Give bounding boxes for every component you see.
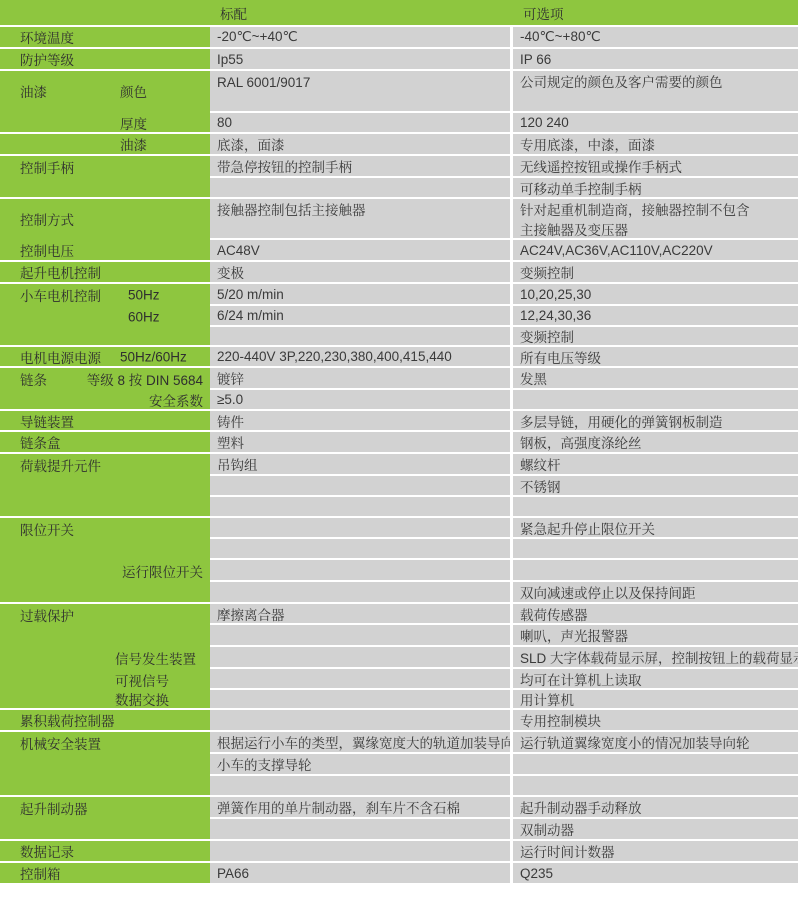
- spec-block: 累积载荷控制器专用控制模块: [0, 710, 800, 730]
- table-row: [210, 497, 800, 516]
- cell-optional: 120 240: [513, 113, 798, 132]
- row-label-line: 厚度: [0, 113, 210, 132]
- cell-optional: 用计算机: [513, 690, 798, 708]
- cell-optional: 多层导链，用硬化的弹簧钢板制造: [513, 411, 798, 430]
- table-row: 根据运行小车的类型，翼缘宽度大的轨道加装导向轮运行轨道翼缘宽度小的情况加装导向轮: [210, 732, 800, 752]
- cell-optional: 专用控制模块: [513, 710, 798, 730]
- row-label-main: 机械安全装置: [20, 733, 101, 753]
- row-label-cell: 链条等级 8 按 DIN 5684安全系数: [0, 368, 210, 409]
- row-label-line: 电机电源电源50Hz/60Hz: [0, 347, 210, 366]
- cell-standard: RAL 6001/9017: [210, 71, 510, 111]
- table-row: [210, 776, 800, 795]
- table-row: 紧急起升停止限位开关: [210, 518, 800, 537]
- data-rows: 专用控制模块: [210, 710, 800, 730]
- row-label-sub: 信号发生装置: [115, 648, 196, 668]
- cell-standard: [210, 710, 510, 730]
- spec-block: 防护等级Ip55IP 66: [0, 49, 800, 69]
- cell-standard: [210, 625, 510, 645]
- cell-optional: 针对起重机制造商，接触器控制不包含主接触器及变压器: [513, 199, 798, 238]
- row-label-sub: 可视信号: [115, 670, 169, 690]
- cell-optional: [513, 776, 798, 795]
- cell-standard: 80: [210, 113, 510, 132]
- cell-optional: 紧急起升停止限位开关: [513, 518, 798, 537]
- cell-optional: 12,24,30,36: [513, 306, 798, 325]
- row-label-line: 数据交换: [0, 690, 210, 708]
- table-row: 摩擦离合器载荷传感器: [210, 604, 800, 623]
- row-label-main: 环境温度: [20, 27, 74, 47]
- table-row: 变频控制: [210, 327, 800, 345]
- row-label-line: 过载保护: [0, 604, 210, 625]
- cell-optional: -40℃~+80℃: [513, 27, 798, 47]
- cell-optional: 起升制动器手动释放: [513, 797, 798, 817]
- spec-block: 过载保护信号发生装置可视信号数据交换摩擦离合器载荷传感器喇叭，声光报警器SLD …: [0, 604, 800, 708]
- row-label-main: 导链装置: [20, 411, 74, 431]
- row-label-sub: 厚度: [120, 113, 147, 133]
- cell-optional: [513, 539, 798, 558]
- row-label-line: 数据记录: [0, 841, 210, 861]
- spec-block: 油漆颜色厚度RAL 6001/9017公司规定的颜色及客户需要的颜色80120 …: [0, 71, 800, 132]
- row-label-line: 链条盒: [0, 432, 210, 452]
- row-label-cell: 控制方式控制电压: [0, 199, 210, 260]
- table-row: 塑料钢板，高强度涤纶丝: [210, 432, 800, 452]
- row-label-line: 导链装置: [0, 411, 210, 430]
- row-label-line: 荷载提升元件: [0, 454, 210, 476]
- cell-standard: 接触器控制包括主接触器: [210, 199, 510, 238]
- row-label-main: 链条盒: [20, 432, 61, 452]
- row-label-sub: 颜色: [120, 81, 147, 101]
- row-label-line: 链条等级 8 按 DIN 5684: [0, 368, 210, 390]
- table-row: 双向减速或停止以及保持间距: [210, 582, 800, 602]
- cell-standard: [210, 819, 510, 839]
- table-row: 镀锌发黑: [210, 368, 800, 388]
- cell-optional: [513, 497, 798, 516]
- row-label-main: 电机电源电源: [20, 347, 101, 367]
- spec-block: 控制方式控制电压接触器控制包括主接触器针对起重机制造商，接触器控制不包含主接触器…: [0, 199, 800, 260]
- row-label-line: [0, 476, 210, 497]
- spec-block: 限位开关运行限位开关紧急起升停止限位开关双向减速或停止以及保持间距: [0, 518, 800, 602]
- table-row: 底漆，面漆专用底漆，中漆，面漆: [210, 134, 800, 154]
- data-rows: 塑料钢板，高强度涤纶丝: [210, 432, 800, 452]
- row-label-cell: 起升电机控制: [0, 262, 210, 282]
- table-row: 6/24 m/min12,24,30,36: [210, 306, 800, 325]
- spec-block: 油漆底漆，面漆专用底漆，中漆，面漆: [0, 134, 800, 154]
- cell-standard: 镀锌: [210, 368, 510, 388]
- spec-block: 链条等级 8 按 DIN 5684安全系数镀锌发黑≥5.0: [0, 368, 800, 409]
- data-rows: 吊钩组螺纹杆不锈钢: [210, 454, 800, 516]
- data-rows: RAL 6001/9017公司规定的颜色及客户需要的颜色80120 240: [210, 71, 800, 132]
- table-row: 不锈钢: [210, 476, 800, 495]
- row-label-line: 控制电压: [0, 240, 210, 260]
- row-label-cell: 累积载荷控制器: [0, 710, 210, 730]
- table-row: -20℃~+40℃-40℃~+80℃: [210, 27, 800, 47]
- row-label-line: [0, 497, 210, 516]
- row-label-sub: 50Hz/60Hz: [120, 349, 187, 364]
- cell-optional: 可移动单手控制手柄: [513, 178, 798, 197]
- row-label-line: [0, 539, 210, 560]
- row-label-main: 控制电压: [20, 240, 74, 260]
- cell-optional: IP 66: [513, 49, 798, 69]
- header-optional-label: 可选项: [523, 3, 564, 23]
- cell-standard: AC48V: [210, 240, 510, 260]
- cell-optional: AC24V,AC36V,AC110V,AC220V: [513, 240, 798, 260]
- spec-block: 荷载提升元件吊钩组螺纹杆不锈钢: [0, 454, 800, 516]
- row-label-cell: 荷载提升元件: [0, 454, 210, 516]
- row-label-line: 可视信号: [0, 669, 210, 690]
- row-label-line: 60Hz: [0, 306, 210, 327]
- spec-block: 电机电源电源50Hz/60Hz220-440V 3P,220,230,380,4…: [0, 347, 800, 366]
- table-row: RAL 6001/9017公司规定的颜色及客户需要的颜色: [210, 71, 800, 111]
- cell-standard: [210, 497, 510, 516]
- row-label-line: 起升电机控制: [0, 262, 210, 282]
- data-rows: 220-440V 3P,220,230,380,400,415,440所有电压等…: [210, 347, 800, 366]
- cell-standard: 弹簧作用的单片制动器，刹车片不含石棉: [210, 797, 510, 817]
- table-row: 吊钩组螺纹杆: [210, 454, 800, 474]
- cell-optional: 均可在计算机上读取: [513, 669, 798, 688]
- cell-optional: 不锈钢: [513, 476, 798, 495]
- cell-standard: 塑料: [210, 432, 510, 452]
- cell-optional: [513, 560, 798, 580]
- cell-standard: 变极: [210, 262, 510, 282]
- cell-standard: 吊钩组: [210, 454, 510, 474]
- row-label-main: 荷载提升元件: [20, 455, 101, 475]
- cell-optional: 载荷传感器: [513, 604, 798, 623]
- cell-standard: 小车的支撑导轮: [210, 754, 510, 774]
- row-label-cell: 数据记录: [0, 841, 210, 861]
- row-label-cell: 防护等级: [0, 49, 210, 69]
- table-row: 弹簧作用的单片制动器，刹车片不含石棉起升制动器手动释放: [210, 797, 800, 817]
- row-label-sub: 60Hz: [128, 309, 160, 324]
- cell-standard: [210, 647, 510, 667]
- table-row: AC48VAC24V,AC36V,AC110V,AC220V: [210, 240, 800, 260]
- row-label-line: 油漆: [0, 134, 210, 154]
- data-rows: 根据运行小车的类型，翼缘宽度大的轨道加装导向轮运行轨道翼缘宽度小的情况加装导向轮…: [210, 732, 800, 795]
- row-label-line: 限位开关: [0, 518, 210, 539]
- row-label-cell: 过载保护信号发生装置可视信号数据交换: [0, 604, 210, 708]
- cell-standard: Ip55: [210, 49, 510, 69]
- spec-block: 链条盒塑料钢板，高强度涤纶丝: [0, 432, 800, 452]
- row-label-main: 数据记录: [20, 841, 74, 861]
- spec-block: 环境温度-20℃~+40℃-40℃~+80℃: [0, 27, 800, 47]
- table-row: 接触器控制包括主接触器针对起重机制造商，接触器控制不包含主接触器及变压器: [210, 199, 800, 238]
- spec-block: 导链装置铸件多层导链，用硬化的弹簧钢板制造: [0, 411, 800, 430]
- cell-standard: [210, 560, 510, 580]
- data-rows: 带急停按钮的控制手柄无线遥控按钮或操作手柄式可移动单手控制手柄: [210, 156, 800, 197]
- cell-standard: [210, 476, 510, 495]
- row-label-line: [0, 582, 210, 602]
- table-row: 均可在计算机上读取: [210, 669, 800, 688]
- row-label-sub: 油漆: [120, 134, 147, 154]
- cell-optional: 所有电压等级: [513, 347, 798, 366]
- row-label-cell: 导链装置: [0, 411, 210, 430]
- table-row: 220-440V 3P,220,230,380,400,415,440所有电压等…: [210, 347, 800, 366]
- cell-standard: 铸件: [210, 411, 510, 430]
- spec-block: 数据记录运行时间计数器: [0, 841, 800, 861]
- row-label-main: 起升制动器: [20, 798, 88, 818]
- data-rows: -20℃~+40℃-40℃~+80℃: [210, 27, 800, 47]
- table-row: 可移动单手控制手柄: [210, 178, 800, 197]
- spec-block: 起升制动器弹簧作用的单片制动器，刹车片不含石棉起升制动器手动释放双制动器: [0, 797, 800, 839]
- table-row: 小车的支撑导轮: [210, 754, 800, 774]
- row-label-cell: 机械安全装置: [0, 732, 210, 795]
- spec-block: 控制箱PA66Q235: [0, 863, 800, 883]
- row-label-cell: 控制箱: [0, 863, 210, 883]
- table-row: 用计算机: [210, 690, 800, 708]
- row-label-line: 环境温度: [0, 27, 210, 47]
- row-label-line: [0, 776, 210, 795]
- cell-standard: 5/20 m/min: [210, 284, 510, 304]
- row-label-cell: 油漆: [0, 134, 210, 154]
- cell-optional: 钢板，高强度涤纶丝: [513, 432, 798, 452]
- cell-standard: 根据运行小车的类型，翼缘宽度大的轨道加装导向轮: [210, 732, 510, 752]
- row-label-sub: 运行限位开关: [122, 561, 203, 581]
- spec-block: 机械安全装置根据运行小车的类型，翼缘宽度大的轨道加装导向轮运行轨道翼缘宽度小的情…: [0, 732, 800, 795]
- row-label-cell: 电机电源电源50Hz/60Hz: [0, 347, 210, 366]
- row-label-line: 控制方式: [0, 199, 210, 240]
- cell-standard: [210, 669, 510, 688]
- cell-optional: 螺纹杆: [513, 454, 798, 474]
- table-row: PA66Q235: [210, 863, 800, 883]
- row-label-line: 控制箱: [0, 863, 210, 883]
- data-rows: 弹簧作用的单片制动器，刹车片不含石棉起升制动器手动释放双制动器: [210, 797, 800, 839]
- row-label-cell: 油漆颜色厚度: [0, 71, 210, 132]
- data-rows: PA66Q235: [210, 863, 800, 883]
- row-label-cell: 限位开关运行限位开关: [0, 518, 210, 602]
- row-label-cell: 环境温度: [0, 27, 210, 47]
- cell-standard: [210, 841, 510, 861]
- spec-block: 起升电机控制变极变频控制: [0, 262, 800, 282]
- row-label-main: 防护等级: [20, 49, 74, 69]
- spec-table: 标配 可选项 环境温度-20℃~+40℃-40℃~+80℃防护等级Ip55IP …: [0, 0, 800, 883]
- row-label-sub: 数据交换: [115, 689, 169, 709]
- row-label-line: 小车电机控制50Hz: [0, 284, 210, 306]
- row-label-line: 信号发生装置: [0, 647, 210, 669]
- row-label-line: [0, 754, 210, 776]
- cell-optional: 10,20,25,30: [513, 284, 798, 304]
- row-label-line: 油漆颜色: [0, 71, 210, 113]
- data-rows: 铸件多层导链，用硬化的弹簧钢板制造: [210, 411, 800, 430]
- data-rows: 镀锌发黑≥5.0: [210, 368, 800, 409]
- cell-standard: [210, 776, 510, 795]
- table-row: 铸件多层导链，用硬化的弹簧钢板制造: [210, 411, 800, 430]
- cell-optional: Q235: [513, 863, 798, 883]
- data-rows: 紧急起升停止限位开关双向减速或停止以及保持间距: [210, 518, 800, 602]
- table-row: 专用控制模块: [210, 710, 800, 730]
- row-label-line: 运行限位开关: [0, 560, 210, 582]
- table-row: 变极变频控制: [210, 262, 800, 282]
- row-label-main: 控制手柄: [20, 157, 74, 177]
- cell-optional: 运行时间计数器: [513, 841, 798, 861]
- cell-standard: 底漆，面漆: [210, 134, 510, 154]
- header-standard-label: 标配: [220, 3, 247, 23]
- table-row: 喇叭，声光报警器: [210, 625, 800, 645]
- data-rows: 5/20 m/min10,20,25,306/24 m/min12,24,30,…: [210, 284, 800, 345]
- row-label-main: 控制箱: [20, 863, 61, 883]
- row-label-line: [0, 819, 210, 839]
- cell-line: 主接触器及变压器: [520, 221, 798, 238]
- cell-optional: 变频控制: [513, 327, 798, 345]
- row-label-main: 油漆: [20, 81, 47, 101]
- table-row: SLD 大字体载荷显示屏，控制按钮上的载荷显示: [210, 647, 800, 667]
- data-rows: 变极变频控制: [210, 262, 800, 282]
- cell-optional: 变频控制: [513, 262, 798, 282]
- cell-standard: [210, 690, 510, 708]
- cell-optional: 无线遥控按钮或操作手柄式: [513, 156, 798, 176]
- row-label-sub: 安全系数: [149, 390, 203, 410]
- data-rows: Ip55IP 66: [210, 49, 800, 69]
- spec-table-body: 环境温度-20℃~+40℃-40℃~+80℃防护等级Ip55IP 66油漆颜色厚…: [0, 27, 800, 883]
- cell-line: 针对起重机制造商，接触器控制不包含: [520, 201, 798, 221]
- table-row: ≥5.0: [210, 390, 800, 409]
- cell-optional: [513, 754, 798, 774]
- table-row: 带急停按钮的控制手柄无线遥控按钮或操作手柄式: [210, 156, 800, 176]
- row-label-line: 机械安全装置: [0, 732, 210, 754]
- row-label-line: 防护等级: [0, 49, 210, 69]
- cell-standard: PA66: [210, 863, 510, 883]
- cell-optional: 运行轨道翼缘宽度小的情况加装导向轮: [513, 732, 798, 752]
- cell-standard: [210, 539, 510, 558]
- row-label-main: 起升电机控制: [20, 262, 101, 282]
- cell-optional: 双向减速或停止以及保持间距: [513, 582, 798, 602]
- data-rows: 接触器控制包括主接触器针对起重机制造商，接触器控制不包含主接触器及变压器AC48…: [210, 199, 800, 260]
- row-label-cell: 起升制动器: [0, 797, 210, 839]
- cell-standard: -20℃~+40℃: [210, 27, 510, 47]
- row-label-main: 限位开关: [20, 519, 74, 539]
- cell-standard: 带急停按钮的控制手柄: [210, 156, 510, 176]
- cell-optional: 专用底漆，中漆，面漆: [513, 134, 798, 154]
- row-label-cell: 链条盒: [0, 432, 210, 452]
- table-row: Ip55IP 66: [210, 49, 800, 69]
- data-rows: 摩擦离合器载荷传感器喇叭，声光报警器SLD 大字体载荷显示屏，控制按钮上的载荷显…: [210, 604, 800, 708]
- table-header: 标配 可选项: [0, 0, 798, 25]
- row-label-cell: 控制手柄: [0, 156, 210, 197]
- cell-optional: 喇叭，声光报警器: [513, 625, 798, 645]
- spec-block: 小车电机控制50Hz60Hz5/20 m/min10,20,25,306/24 …: [0, 284, 800, 345]
- cell-optional: 双制动器: [513, 819, 798, 839]
- cell-standard: [210, 518, 510, 537]
- cell-standard: [210, 178, 510, 197]
- table-row: 双制动器: [210, 819, 800, 839]
- cell-standard: [210, 327, 510, 345]
- row-label-main: 链条: [20, 369, 47, 389]
- table-row: [210, 539, 800, 558]
- cell-optional: 公司规定的颜色及客户需要的颜色: [513, 71, 798, 111]
- table-row: 运行时间计数器: [210, 841, 800, 861]
- cell-standard: 6/24 m/min: [210, 306, 510, 325]
- row-label-main: 小车电机控制: [20, 285, 101, 305]
- table-row: 80120 240: [210, 113, 800, 132]
- data-rows: 运行时间计数器: [210, 841, 800, 861]
- cell-standard: 摩擦离合器: [210, 604, 510, 623]
- cell-standard: ≥5.0: [210, 390, 510, 409]
- row-label-cell: 小车电机控制50Hz60Hz: [0, 284, 210, 345]
- row-label-line: 累积载荷控制器: [0, 710, 210, 730]
- row-label-line: [0, 178, 210, 197]
- row-label-line: 控制手柄: [0, 156, 210, 178]
- table-row: 5/20 m/min10,20,25,30: [210, 284, 800, 304]
- row-label-main: 累积载荷控制器: [20, 710, 115, 730]
- row-label-line: [0, 327, 210, 345]
- row-label-line: [0, 625, 210, 647]
- spec-block: 控制手柄带急停按钮的控制手柄无线遥控按钮或操作手柄式可移动单手控制手柄: [0, 156, 800, 197]
- row-label-sub: 50Hz: [128, 288, 160, 303]
- row-label-sub: 等级 8 按 DIN 5684: [87, 369, 203, 389]
- row-label-main: 控制方式: [20, 209, 74, 229]
- cell-standard: [210, 582, 510, 602]
- cell-standard: 220-440V 3P,220,230,380,400,415,440: [210, 347, 510, 366]
- cell-optional: 发黑: [513, 368, 798, 388]
- row-label-main: 过载保护: [20, 605, 74, 625]
- row-label-line: 起升制动器: [0, 797, 210, 819]
- data-rows: 底漆，面漆专用底漆，中漆，面漆: [210, 134, 800, 154]
- cell-optional: SLD 大字体载荷显示屏，控制按钮上的载荷显示: [513, 647, 798, 667]
- cell-optional: [513, 390, 798, 409]
- table-row: [210, 560, 800, 580]
- row-label-line: 安全系数: [0, 390, 210, 409]
